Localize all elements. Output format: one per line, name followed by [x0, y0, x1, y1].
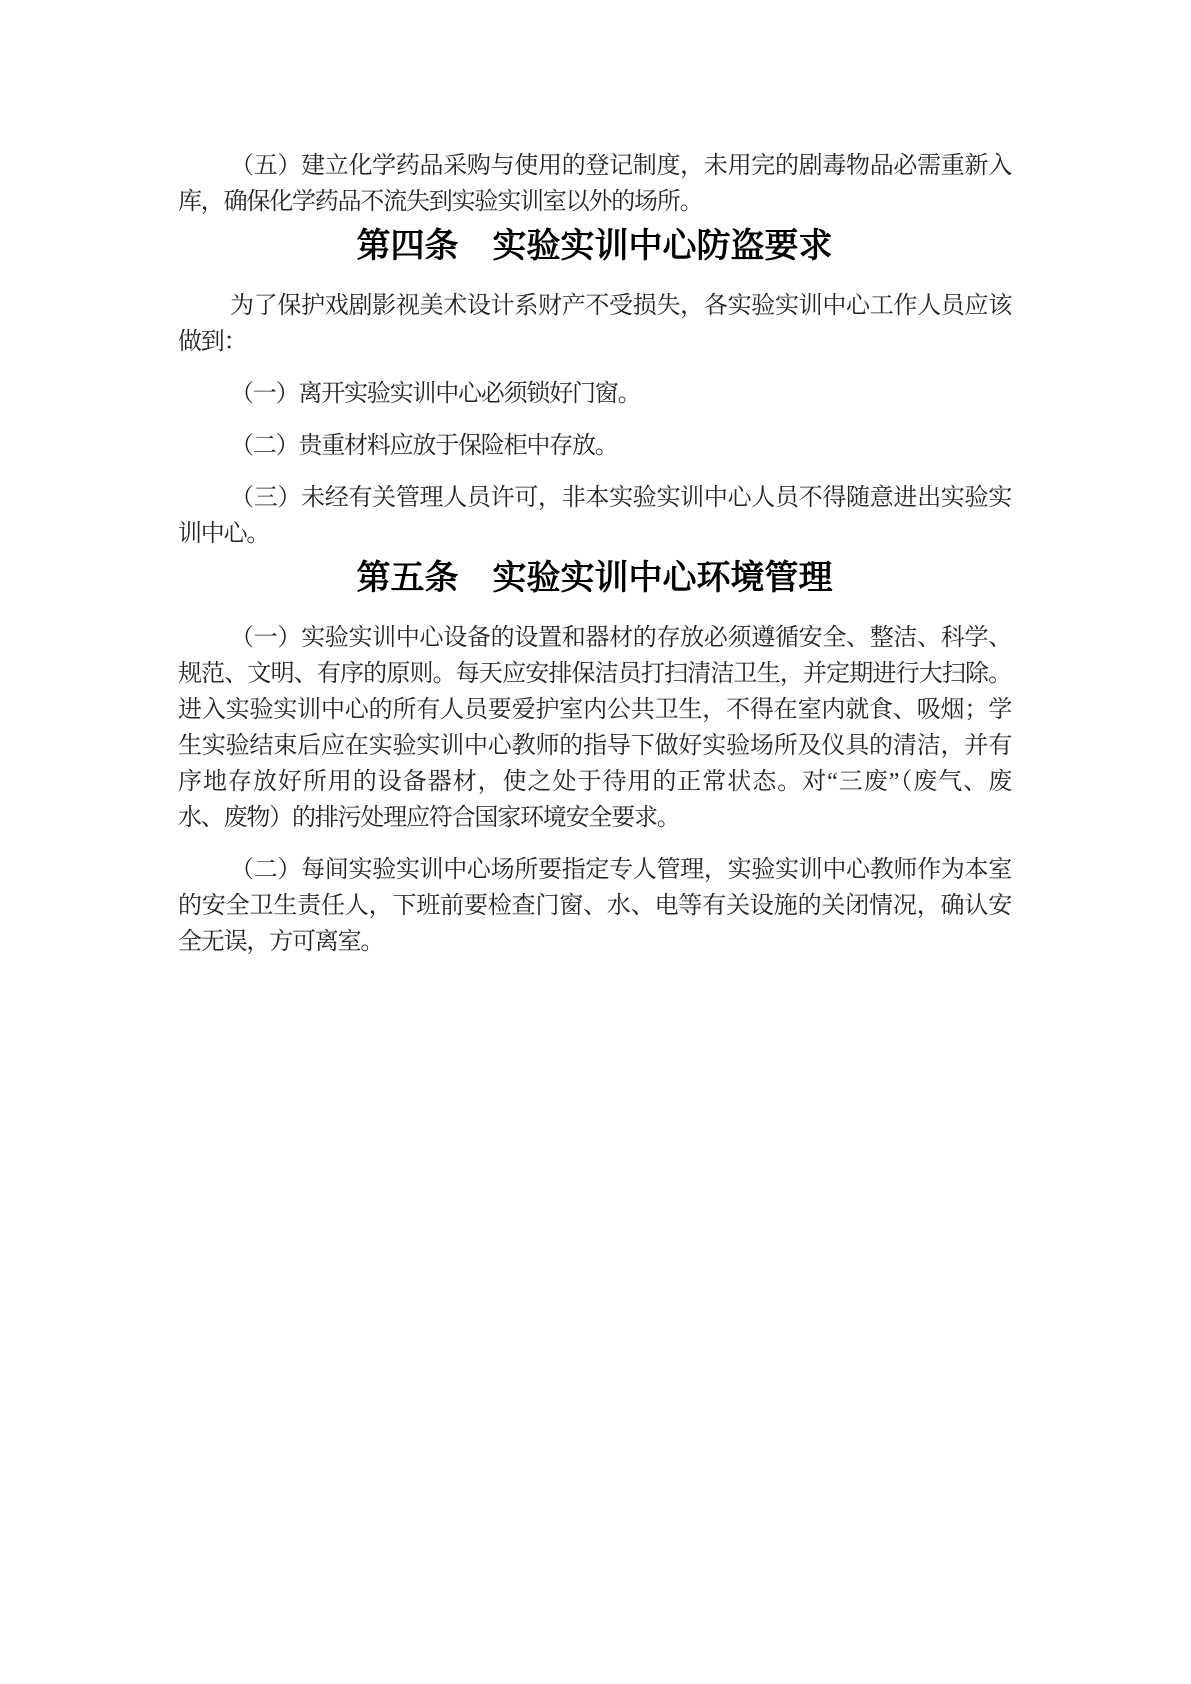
paragraph-line: 全无误，方可离室。	[178, 924, 1011, 960]
article-4-item-1: （一）离开实验实训中心必须锁好门窗。	[178, 376, 1011, 412]
paragraph-line: 序地存放好所用的设备器材，使之处于待用的正常状态。对“三废”（废气、废	[178, 764, 1011, 800]
paragraph-line: 生实验结束后应在实验实训中心教师的指导下做好实验场所及仪具的清洁，并有	[178, 728, 1011, 764]
paragraph-line: 水、废物）的排污处理应符合国家环境安全要求。	[178, 800, 1011, 836]
article-4-item-3: （三）未经有关管理人员许可，非本实验实训中心人员不得随意进出实验实 训中心。	[178, 480, 1011, 552]
paragraph-line: 训中心。	[178, 516, 1011, 552]
paragraph-line: 库，确保化学药品不流失到实验实训室以外的场所。	[178, 184, 1011, 220]
paragraph-line: 进入实验实训中心的所有人员要爱护室内公共卫生，不得在室内就食、吸烟；学	[178, 692, 1011, 728]
article-5-item-2: （二）每间实验实训中心场所要指定专人管理，实验实训中心教师作为本室 的安全卫生责…	[178, 852, 1011, 960]
clause-item-5: （五）建立化学药品采购与使用的登记制度，未用完的剧毒物品必需重新入 库，确保化学…	[178, 148, 1011, 220]
article-4-intro: 为了保护戏剧影视美术设计系财产不受损失，各实验实训中心工作人员应该 做到：	[178, 288, 1011, 360]
paragraph-line: 规范、文明、有序的原则。每天应安排保洁员打扫清洁卫生，并定期进行大扫除。	[178, 656, 1011, 692]
paragraph-line: 的安全卫生责任人，下班前要检查门窗、水、电等有关设施的关闭情况，确认安	[178, 888, 1011, 924]
article-4-item-2: （二）贵重材料应放于保险柜中存放。	[178, 428, 1011, 464]
paragraph-line: （二）每间实验实训中心场所要指定专人管理，实验实训中心教师作为本室	[178, 852, 1011, 888]
paragraph-line: （三）未经有关管理人员许可，非本实验实训中心人员不得随意进出实验实	[178, 480, 1011, 516]
document-content: （五）建立化学药品采购与使用的登记制度，未用完的剧毒物品必需重新入 库，确保化学…	[178, 148, 1011, 976]
paragraph-line: 做到：	[178, 324, 1011, 360]
article-4-heading: 第四条 实验实训中心防盗要求	[178, 224, 1011, 268]
paragraph-line: 为了保护戏剧影视美术设计系财产不受损失，各实验实训中心工作人员应该	[178, 288, 1011, 324]
paragraph-line: （一）实验实训中心设备的设置和器材的存放必须遵循安全、整洁、科学、	[178, 620, 1011, 656]
document-page: （五）建立化学药品采购与使用的登记制度，未用完的剧毒物品必需重新入 库，确保化学…	[0, 0, 1191, 1684]
article-5-item-1: （一）实验实训中心设备的设置和器材的存放必须遵循安全、整洁、科学、 规范、文明、…	[178, 620, 1011, 836]
paragraph-line: （五）建立化学药品采购与使用的登记制度，未用完的剧毒物品必需重新入	[178, 148, 1011, 184]
paragraph-line: （二）贵重材料应放于保险柜中存放。	[178, 428, 1011, 464]
article-5-heading: 第五条 实验实训中心环境管理	[178, 556, 1011, 600]
paragraph-line: （一）离开实验实训中心必须锁好门窗。	[178, 376, 1011, 412]
